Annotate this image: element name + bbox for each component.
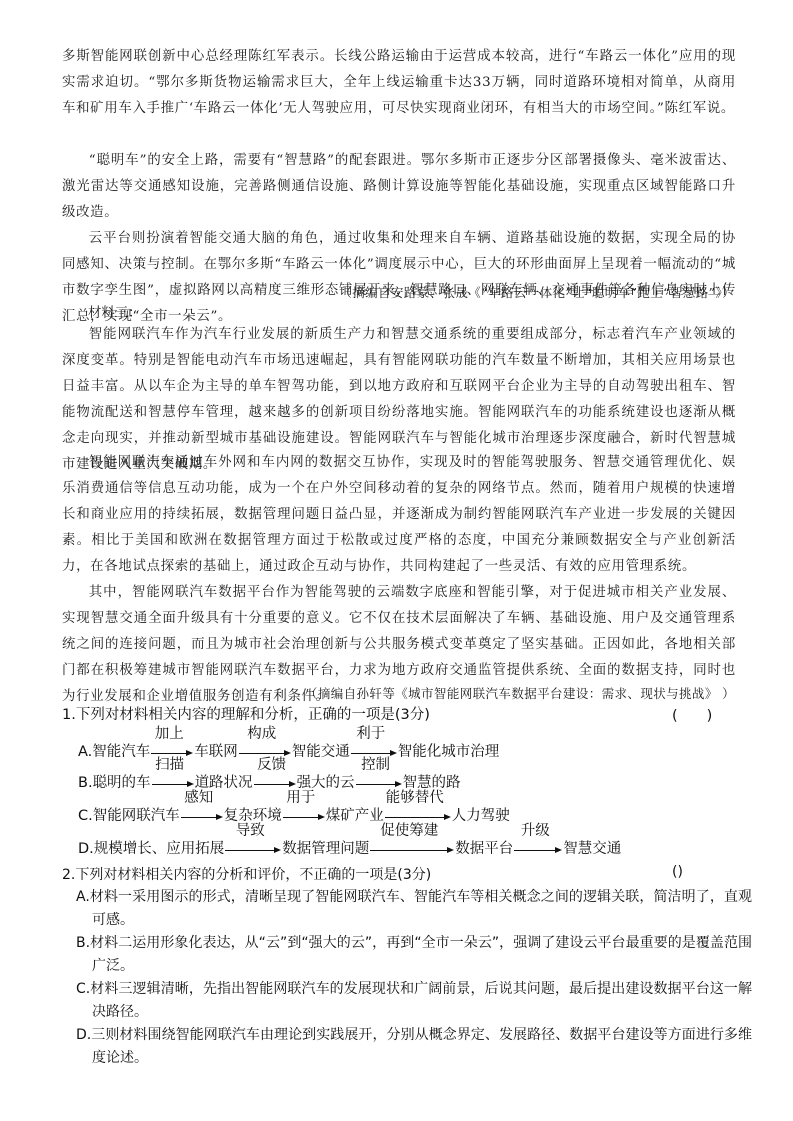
question2-option-d[interactable]: D.三则材料围绕智能网联汽车由理论到实践展开，分别从概念界定、发展路径、数据平台… xyxy=(76,1024,752,1070)
material3-label: 材料三： xyxy=(88,302,142,321)
flow-node: 人力驾驶 xyxy=(452,806,510,826)
question2-answer-bracket[interactable]: () xyxy=(672,864,683,880)
flow-node: 智能交通 xyxy=(292,742,350,762)
material3-source: （摘编自孙轩等《城市智能网联汽车数据平台建设：需求、现状与挑战》 ） xyxy=(305,683,735,705)
flow-node: 智慧交通 xyxy=(563,839,621,859)
arrow-right-icon: 用于 xyxy=(283,806,325,826)
flow-node: 智能网联汽车 xyxy=(93,806,180,826)
question2-title: 2.下列对材料相关内容的分析和评价，不正确的一项是(3分) xyxy=(62,864,742,886)
arrow-right-icon: 促使筹建 xyxy=(370,839,454,859)
question2-option-a[interactable]: A.材料一采用图示的形式，清晰呈现了智能网联汽车、智能汽车等相关概念之间的逻辑关… xyxy=(76,886,752,932)
flow-node: 规模增长、应用拓展 xyxy=(94,839,225,859)
material2-paragraph-2: “聪明车”的安全上路，需要有“智慧路”的配套跟进。鄂尔多斯市正逐步分区部署摄像头… xyxy=(62,148,736,226)
question1-title: 1.下列对材料相关内容的理解和分析，正确的一项是(3分) xyxy=(62,704,742,726)
material2-paragraph-1: 多斯智能网联创新中心总经理陈红军表示。长线公路运输由于运营成本较高，进行“车路云… xyxy=(62,44,736,122)
option-letter: D. xyxy=(78,839,94,859)
flow-node: 智能化城市治理 xyxy=(398,742,500,762)
arrow-right-icon: 导致 xyxy=(225,839,281,859)
option-letter: A. xyxy=(78,742,92,762)
flow-node: 数据管理问题 xyxy=(282,839,369,859)
arrow-right-icon: 感知 xyxy=(181,806,223,826)
arrow-right-icon: 升级 xyxy=(514,839,562,859)
flow-node: 车联网 xyxy=(194,742,238,762)
material2-source: （摘编自安路蒙、张晟《“车路云一体化”让“聪明车”跑上“智慧路”》） xyxy=(339,282,735,304)
material3-paragraph-2: 智能网联汽车通过车外网和车内网的数据交互协作，实现及时的智能驾驶服务、智慧交通管… xyxy=(62,450,736,580)
question2-option-c[interactable]: C.材料三逻辑清晰，先指出智能网联汽车的发展现状和广阔前景，后说其问题，最后提出… xyxy=(76,978,752,1024)
question1-answer-bracket[interactable]: ( ) xyxy=(672,704,712,725)
flow-node: 智能汽车 xyxy=(92,742,150,762)
exam-page: 多斯智能网联创新中心总经理陈红军表示。长线公路运输由于运营成本较高，进行“车路云… xyxy=(0,0,793,1121)
material2-paragraph-3: 云平台则扮演着智能交通大脑的角色，通过收集和处理来自车辆、道路基础设施的数据，实… xyxy=(62,226,736,330)
flow-node: 数据平台 xyxy=(455,839,513,859)
flow-node: 聪明的车 xyxy=(93,773,151,793)
question2-option-b[interactable]: B.材料二运用形象化表达，从“云”到“强大的云”，再到“全市一朵云”，强调了建设… xyxy=(76,932,752,978)
option-letter: C. xyxy=(78,806,93,826)
option-letter: B. xyxy=(78,773,93,793)
question1-option-d[interactable]: D. 规模增长、应用拓展 导致 数据管理问题 促使筹建 数据平台 升级 智慧交通 xyxy=(78,829,621,859)
